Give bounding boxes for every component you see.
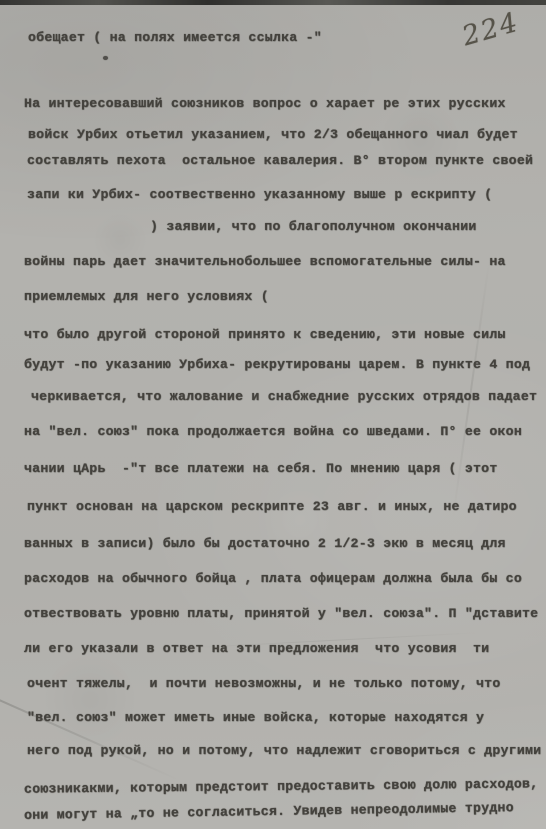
- document-page: 224 обещает ( на полях имеется ссылка -"…: [0, 0, 546, 829]
- typed-line: ли его указали в ответ на эти предложени…: [24, 641, 489, 656]
- typed-line: будут -по указанию Урбиха- рекрутированы…: [24, 357, 530, 372]
- typed-line: На интересовавший союзников вопрос о хар…: [24, 96, 506, 111]
- ink-dot: [103, 56, 108, 60]
- typed-line: на "вел. союз" пока продолжается война с…: [24, 424, 522, 439]
- typed-line: черкивается, что жалование и снабжедние …: [31, 389, 537, 404]
- handwritten-page-number: 224: [459, 7, 523, 53]
- typed-line: запи ки Урбих- соотвественно указанному …: [27, 187, 492, 202]
- typed-line: что было другой стороной принято к сведе…: [24, 327, 506, 342]
- typed-line: него под рукой, но и потому, что надлежи…: [27, 743, 541, 758]
- typed-line: отвествовать уровню платы, принятой у "в…: [24, 606, 538, 621]
- typed-line: очент тяжелы, и почти невозможны, и не т…: [27, 676, 501, 691]
- typed-line: пункт основан на царском рескрипте 23 ав…: [27, 499, 517, 514]
- typed-line: они могут на „то не согласиться. Увидев …: [24, 800, 514, 823]
- typed-line: обещает ( на полях имеется ссылка -": [28, 30, 322, 45]
- typed-line: чании цАрь -"т все платежи на себя. По м…: [24, 461, 498, 476]
- typed-line: приемлемых для него условиях (: [24, 289, 269, 304]
- typed-line: войны парь дает значительнобольшее вспом…: [24, 254, 506, 269]
- typed-line: ванных в записи) было бы достаточно 2 1/…: [24, 536, 506, 551]
- typed-line: расходов на обычного бойца , плата офице…: [24, 571, 522, 586]
- typed-line: "вел. союз" может иметь иные войска, кот…: [27, 710, 484, 725]
- scan-edge: [0, 0, 546, 5]
- typed-line: составлять пехота остальное кавалерия. В…: [27, 153, 533, 168]
- typed-line: войск Урбих отьетил указанием, что 2/3 о…: [28, 127, 518, 142]
- paper-crease: [0, 690, 181, 781]
- typed-line: союзникакми, которым предстоит предостав…: [24, 776, 538, 796]
- typed-line: ) заявии, что по благополучном окончании: [150, 219, 477, 234]
- paper-texture: [0, 0, 546, 829]
